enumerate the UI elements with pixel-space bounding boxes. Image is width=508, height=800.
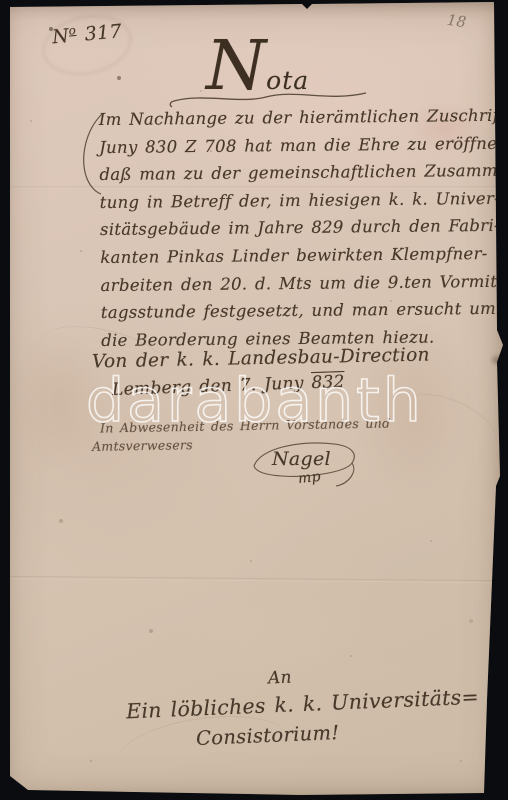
handwritten-line: daß man zu der gemeinschaftlichen Zusamm… [99, 157, 487, 189]
handwritten-line: Juny 830 Z 708 hat man die Ehre zu eröff… [99, 130, 487, 162]
body-text: Im Nachhange zu der hierämtlichen Zuschr… [99, 102, 490, 354]
doc-number-value: 317 [84, 20, 123, 45]
address-recipient-line: Ein löbliches k. k. Universitäts= [126, 685, 480, 724]
fold-crease [0, 576, 508, 583]
handwritten-line: tagsstunde festgesetzt, und man ersucht … [101, 295, 489, 327]
handwritten-line: sitätsgebäude im Jahre 829 durch den Fab… [100, 212, 488, 244]
doc-number-superscript: o [68, 23, 77, 38]
address-salutation: An [268, 668, 293, 689]
paper-wrinkle [395, 382, 505, 466]
handwritten-line: Im Nachhange zu der hierämtlichen Zuschr… [99, 102, 487, 134]
paper-speckles [0, 0, 2, 2]
paper-stain [180, 590, 380, 680]
closing-absence-line: Amtsverwesers [92, 437, 193, 454]
date-year: 832 [311, 372, 345, 393]
closing-absence-line: In Abwesenheit des Herrn Vorstandes und [100, 415, 391, 435]
document-paper: No 317 18 Nota Im Nachhange zu der hierä… [0, 0, 508, 800]
signature-name: Nagel [272, 448, 331, 470]
photo-background: No 317 18 Nota Im Nachhange zu der hierä… [0, 0, 508, 800]
page-number: 18 [446, 11, 467, 31]
date-line: Lemberg den 7. Juny 832 [112, 372, 345, 400]
doc-number-prefix: N [51, 25, 70, 48]
handwritten-line: kanten Pinkas Linder bewirkten Klempfner… [100, 240, 488, 272]
signature-manu-propria: mp [297, 469, 321, 487]
handwritten-line: tung in Betreff der, im hiesigen k. k. U… [100, 185, 488, 217]
edge-tear-shadow [492, 356, 502, 364]
date-place: Lemberg den 7. Juny [112, 373, 312, 400]
handwritten-line: arbeiten den 20. d. Mts um die 9.ten Vor… [100, 268, 488, 300]
paper-stain [10, 330, 105, 470]
address-recipient-line: Consistorium! [196, 721, 340, 750]
